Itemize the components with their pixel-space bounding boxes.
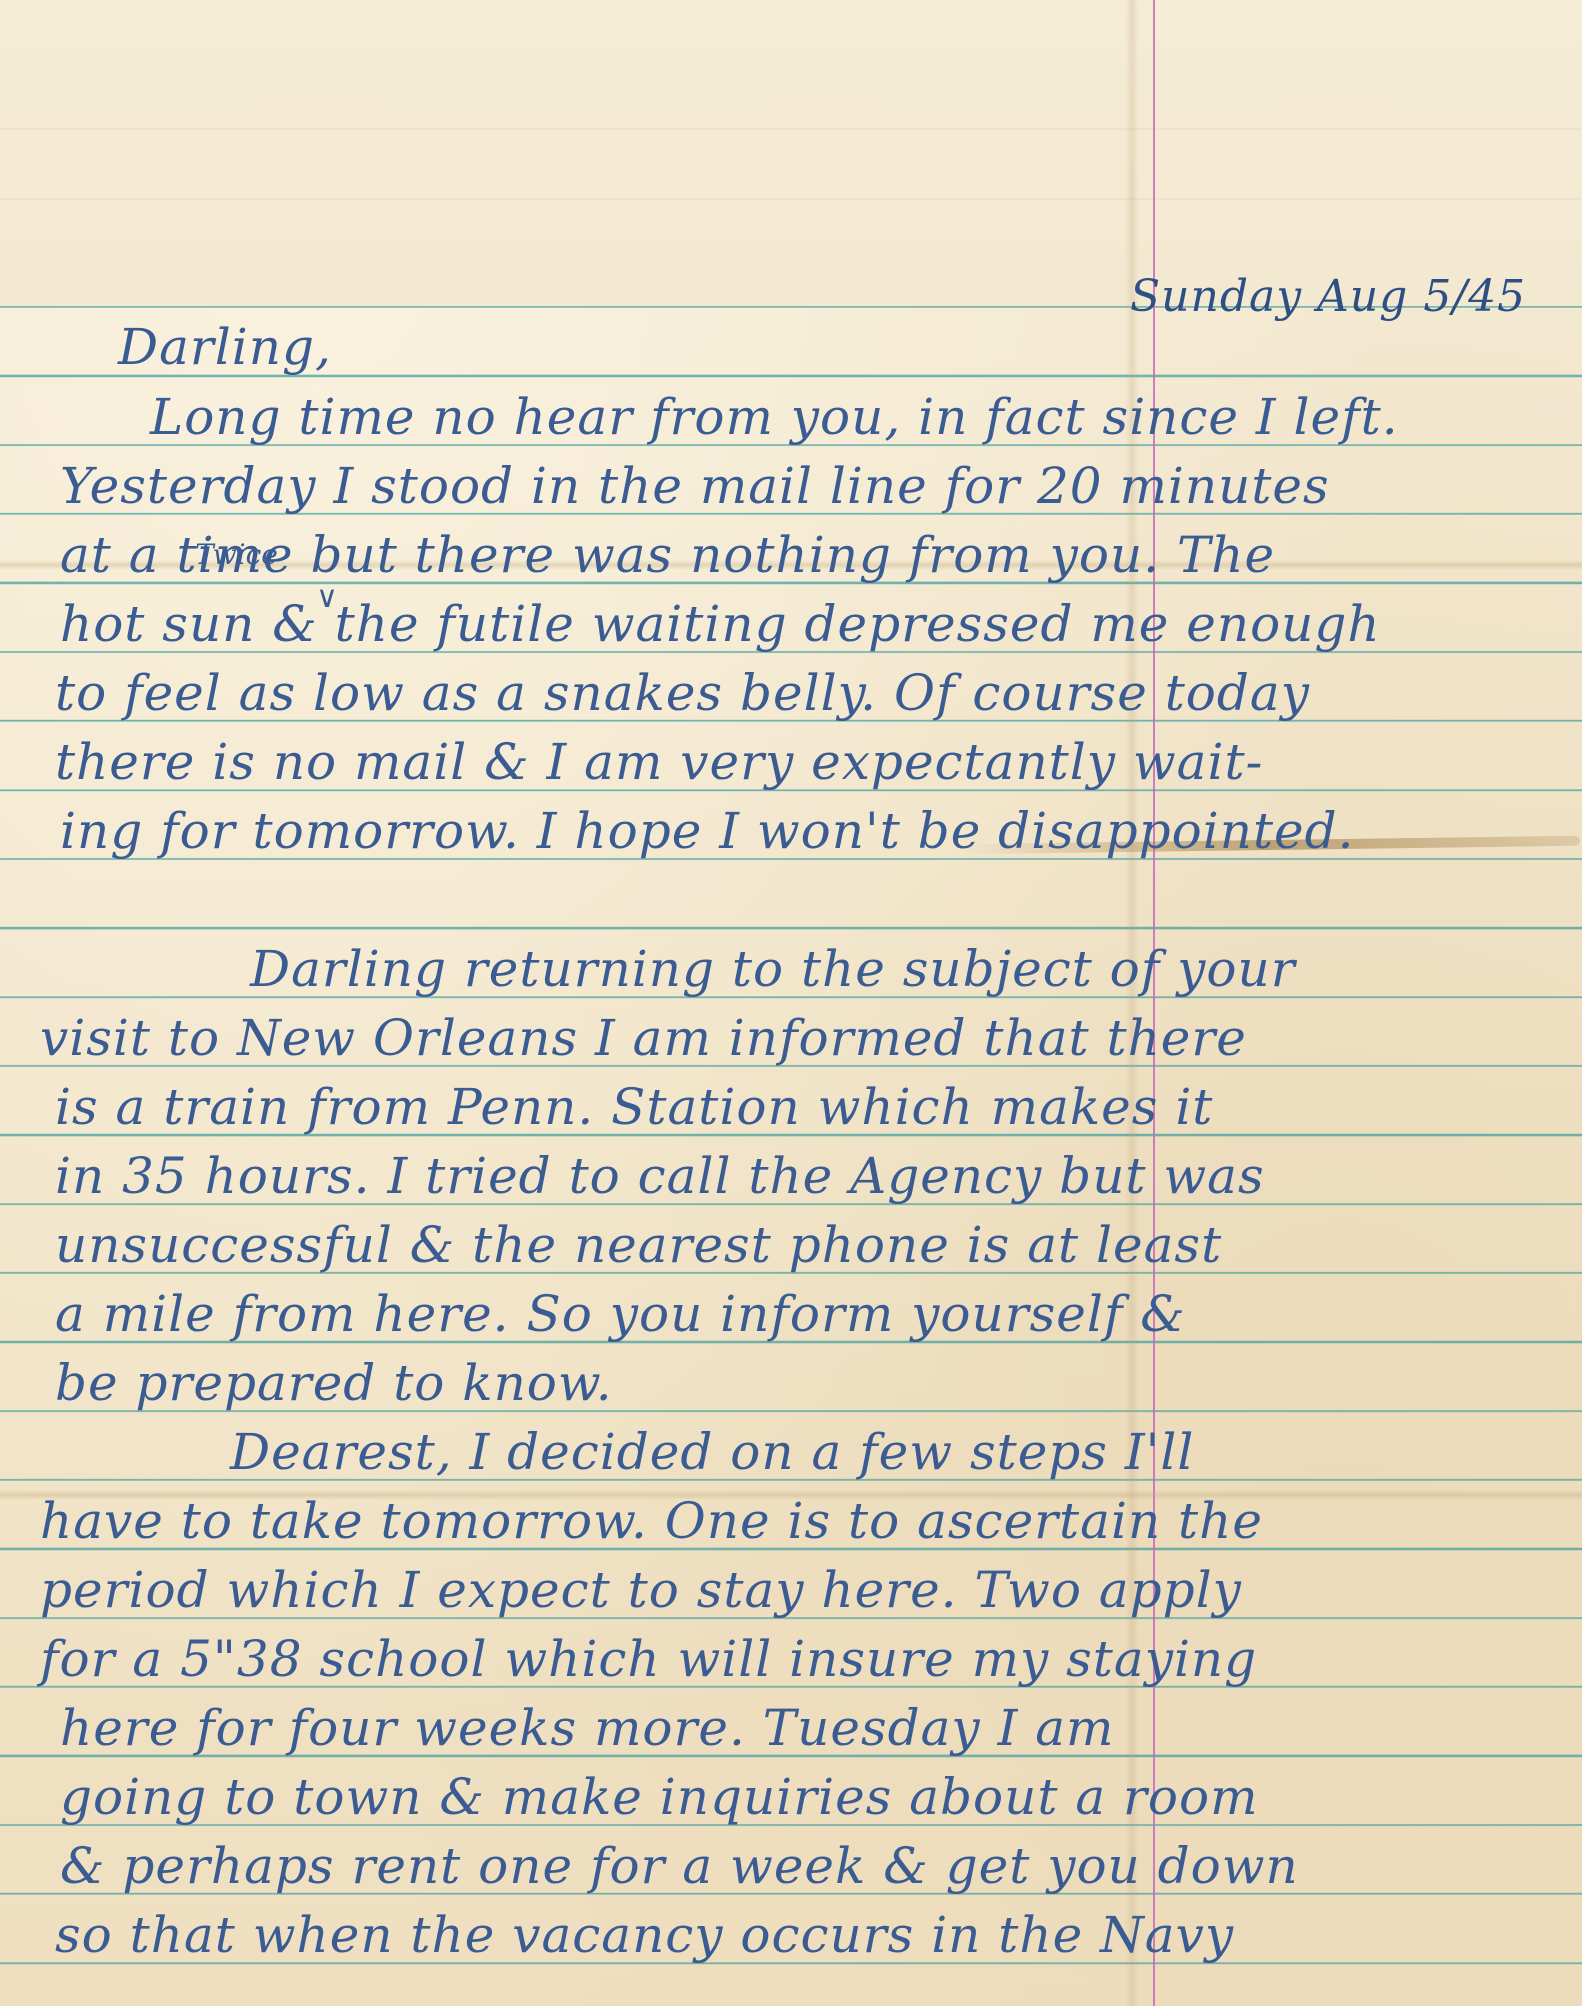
letter-line: Yesterday I stood in the mail line for 2…: [60, 457, 1330, 515]
letter-line: a mile from here. So you inform yourself…: [55, 1285, 1186, 1343]
letter-line: there is no mail & I am very expectantly…: [55, 733, 1263, 791]
letter-line: Darling returning to the subject of your: [250, 940, 1296, 998]
letter-line: Long time no hear from you, in fact sinc…: [150, 388, 1399, 446]
letter-line: have to take tomorrow. One is to ascerta…: [40, 1492, 1263, 1550]
letter-line: so that when the vacancy occurs in the N…: [55, 1906, 1234, 1964]
letter-line: going to town & make inquiries about a r…: [60, 1768, 1259, 1826]
letter-line: be prepared to know.: [55, 1354, 613, 1412]
letter-line: for a 5"38 school which will insure my s…: [40, 1630, 1257, 1688]
letter-line: visit to New Orleans I am informed that …: [40, 1009, 1247, 1067]
letter-line: ing for tomorrow. I hope I won't be disa…: [60, 802, 1355, 860]
letter-line: at a time but there was nothing from you…: [60, 526, 1275, 584]
letter-line: & perhaps rent one for a week & get you …: [60, 1837, 1299, 1895]
letter-line: here for four weeks more. Tuesday I am: [60, 1699, 1114, 1757]
letter-line: is a train from Penn. Station which make…: [55, 1078, 1213, 1136]
letter-line: hot sun & the futile waiting depressed m…: [60, 595, 1381, 653]
bleed-through-ghost-text: [0, 60, 1582, 260]
salutation: Darling,: [118, 318, 332, 376]
letter-line: in 35 hours. I tried to call the Agency …: [55, 1147, 1265, 1205]
top-blank-area: [0, 0, 1582, 306]
letter-line: Dearest, I decided on a few steps I'll: [230, 1423, 1194, 1481]
letter-line: to feel as low as a snakes belly. Of cou…: [55, 664, 1310, 722]
letter-line: unsuccessful & the nearest phone is at l…: [55, 1216, 1222, 1274]
letter-date: Sunday Aug 5/45: [1130, 268, 1526, 326]
letter-page: Sunday Aug 5/45 Darling, Long time no he…: [0, 0, 1582, 2006]
letter-line: period which I expect to stay here. Two …: [40, 1561, 1242, 1619]
